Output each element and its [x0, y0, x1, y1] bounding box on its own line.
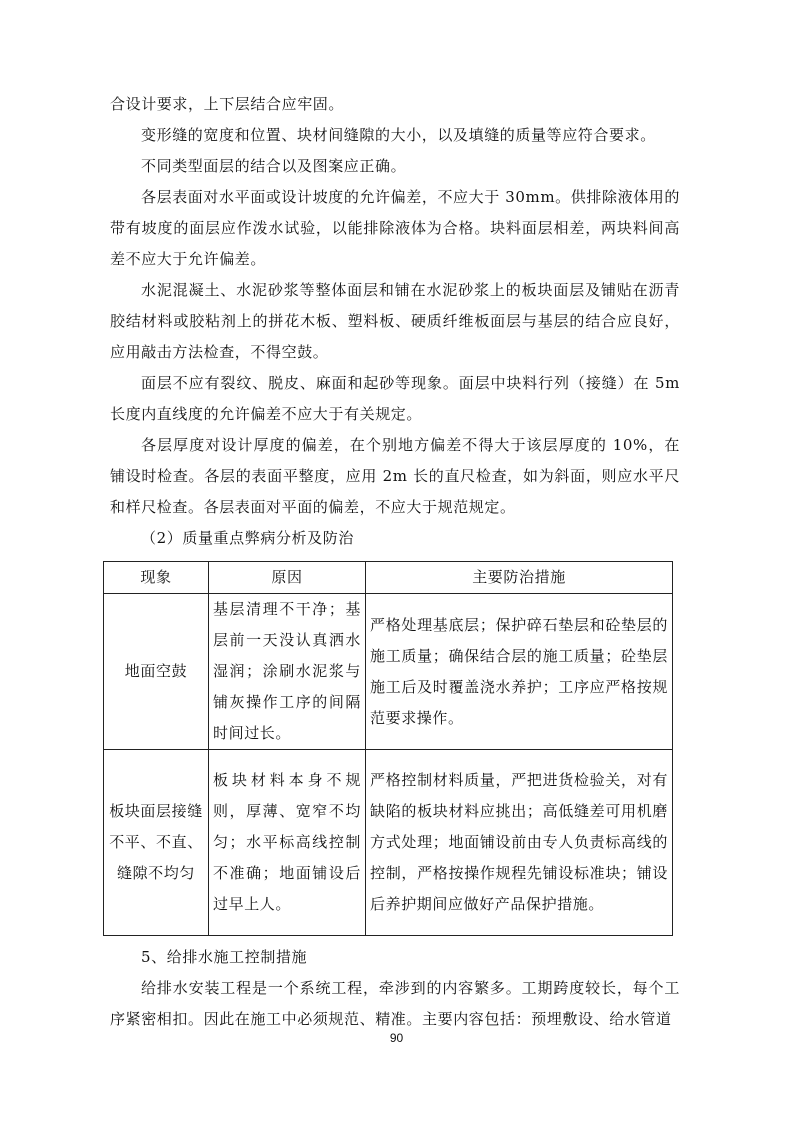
cell-measures: 严格处理基底层；保护碎石垫层和砼垫层的施工质量；确保结合层的施工质量；砼垫层施工… [366, 594, 673, 750]
paragraph: 各层表面对水平面或设计坡度的允许偏差，不应大于 30mm。供排除液体用的带有坡度… [110, 182, 680, 275]
header-phenomenon: 现象 [104, 562, 209, 594]
table-header-row: 现象 原因 主要防治措施 [104, 562, 673, 594]
section-heading: （2）质量重点弊病分析及防治 [110, 523, 680, 554]
page-number: 90 [0, 1031, 793, 1045]
document-page: 合设计要求，上下层结合应牢固。 变形缝的宽度和位置、块材间缝隙的大小，以及填缝的… [0, 0, 793, 1122]
cell-cause: 板块材料本身不规则，厚薄、宽窄不均匀；水平标高线控制不准确；地面铺设后过早上人。 [209, 750, 366, 936]
paragraph: 合设计要求，上下层结合应牢固。 [110, 89, 680, 120]
cell-measures: 严格控制材料质量，严把进货检验关，对有缺陷的板块材料应挑出；高低缝差可用机磨方式… [366, 750, 673, 936]
paragraph: 各层厚度对设计厚度的偏差，在个别地方偏差不得大于该层厚度的 10%，在铺设时检查… [110, 430, 680, 523]
cell-phenomenon: 板块面层接缝不平、不直、缝隙不均匀 [104, 750, 209, 936]
table-row: 板块面层接缝不平、不直、缝隙不均匀 板块材料本身不规则，厚薄、宽窄不均匀；水平标… [104, 750, 673, 936]
paragraph: 面层不应有裂纹、脱皮、麻面和起砂等现象。面层中块料行列（接缝）在 5m 长度内直… [110, 368, 680, 430]
paragraph: 给排水安装工程是一个系统工程，牵涉到的内容繁多。工期跨度较长，每个工序紧密相扣。… [110, 973, 680, 1035]
cell-phenomenon: 地面空鼓 [104, 594, 209, 750]
defect-analysis-table: 现象 原因 主要防治措施 地面空鼓 基层清理不干净；基层前一天没认真洒水湿润；涂… [103, 561, 673, 936]
header-measures: 主要防治措施 [366, 562, 673, 594]
paragraph: 不同类型面层的结合以及图案应正确。 [110, 151, 680, 182]
section-heading: 5、给排水施工控制措施 [110, 942, 680, 973]
paragraph: 变形缝的宽度和位置、块材间缝隙的大小，以及填缝的质量等应符合要求。 [110, 120, 680, 151]
paragraph: 水泥混凝土、水泥砂浆等整体面层和铺在水泥砂浆上的板块面层及铺贴在沥青胶结材料或胶… [110, 275, 680, 368]
header-cause: 原因 [209, 562, 366, 594]
cell-cause: 基层清理不干净；基层前一天没认真洒水湿润；涂刷水泥浆与铺灰操作工序的间隔时间过长… [209, 594, 366, 750]
table-row: 地面空鼓 基层清理不干净；基层前一天没认真洒水湿润；涂刷水泥浆与铺灰操作工序的间… [104, 594, 673, 750]
